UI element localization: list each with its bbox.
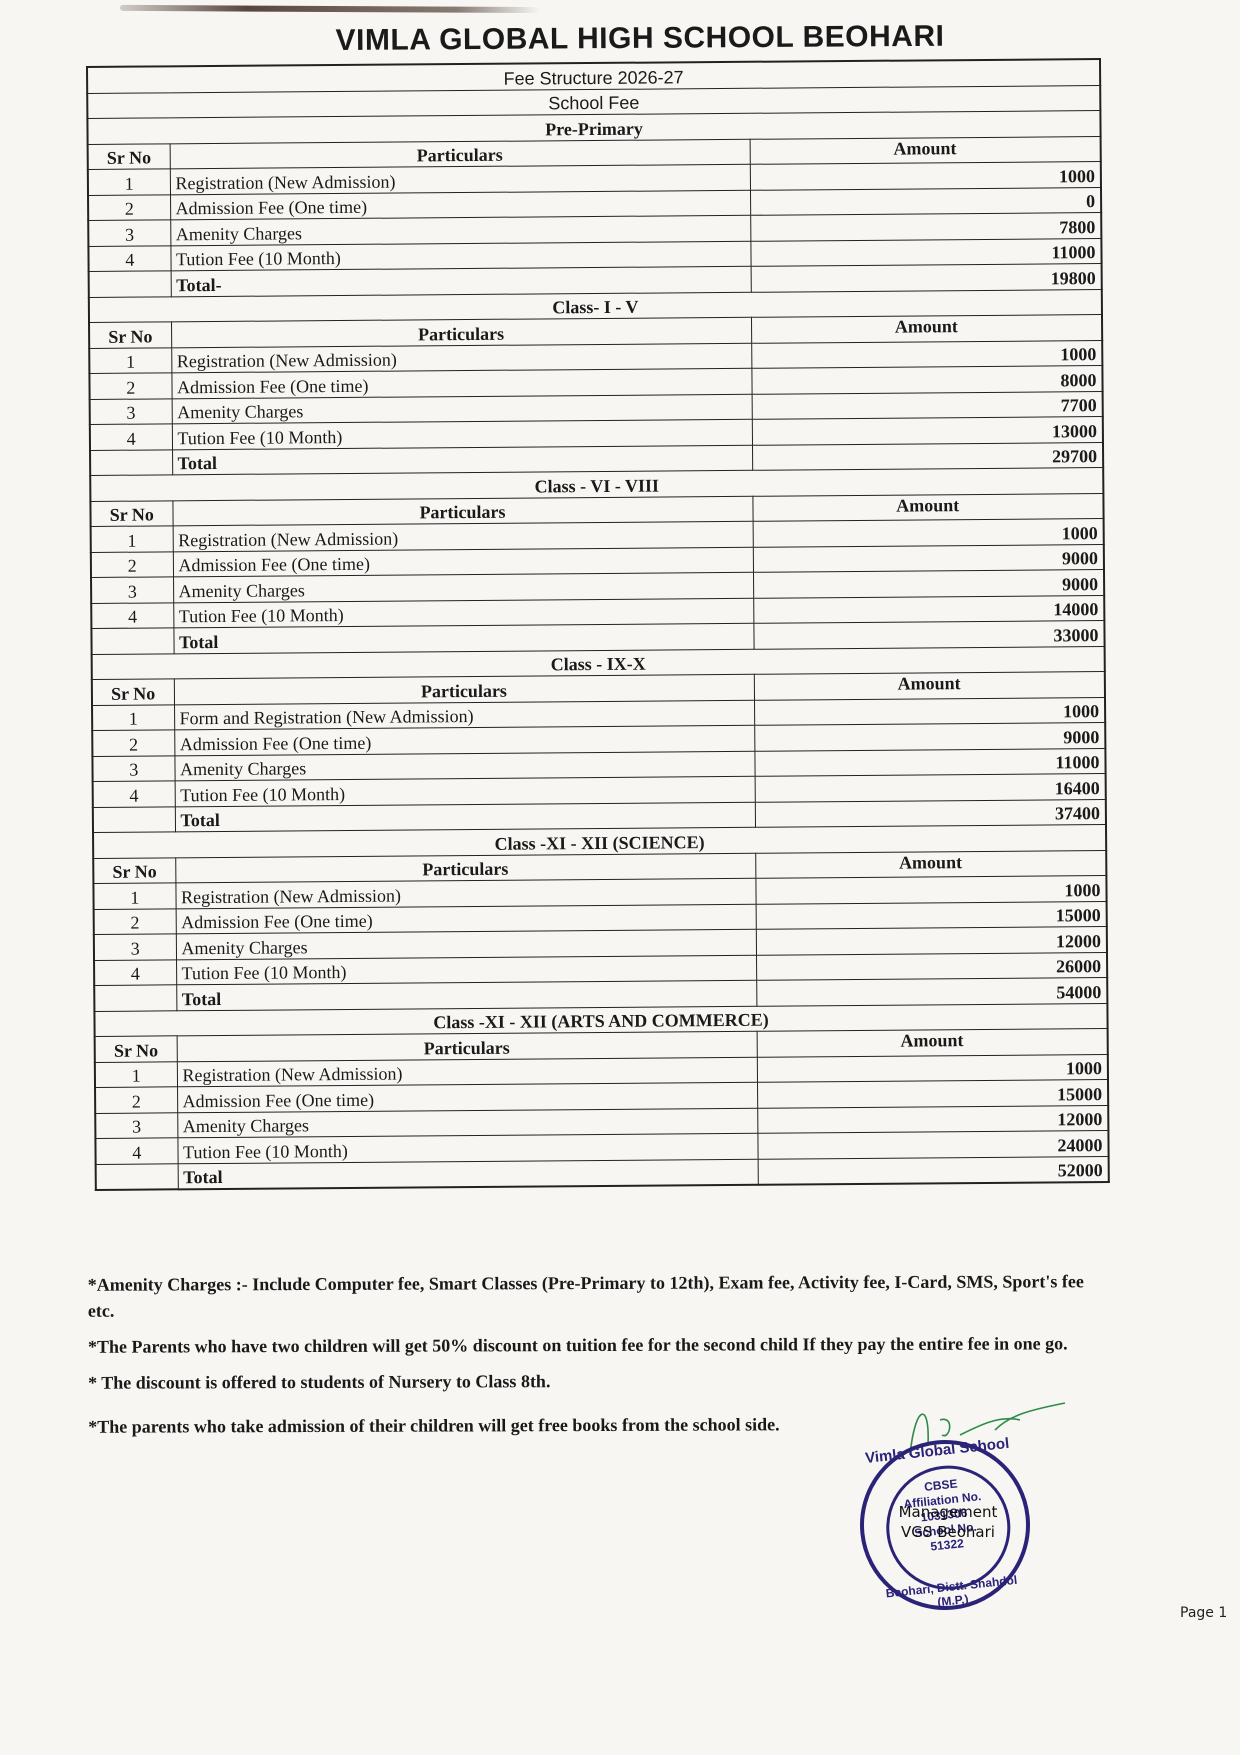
amount-header: Amount [755, 850, 1106, 878]
sr-no-cell: 2 [94, 908, 176, 934]
amount-cell: 9000 [753, 570, 1104, 598]
sr-no-cell: 4 [90, 424, 172, 450]
amount-cell: 1000 [751, 340, 1102, 368]
sr-no-cell: 3 [88, 220, 170, 246]
note-amenity: *Amenity Charges :- Include Computer fee… [88, 1268, 1098, 1324]
sr-no-cell: 4 [88, 245, 170, 271]
amount-cell: 11000 [754, 748, 1105, 776]
amount-cell: 11000 [750, 238, 1101, 266]
amount-cell: 1000 [757, 1054, 1108, 1082]
total-sr-cell [96, 1163, 178, 1190]
amount-cell: 15000 [756, 901, 1107, 929]
page-number: Page 1 [1180, 1605, 1227, 1621]
sr-no-cell: 1 [93, 883, 175, 909]
sr-no-cell: 3 [91, 577, 173, 603]
scan-edge-shadow [120, 5, 540, 13]
amount-cell: 7700 [752, 391, 1103, 419]
total-label: Total [178, 1159, 758, 1190]
total-amount: 52000 [758, 1156, 1109, 1185]
sr-no-cell: 3 [95, 1112, 177, 1138]
sr-no-cell: 1 [91, 526, 173, 552]
sr-no-cell: 2 [88, 194, 170, 220]
total-sr-cell [93, 806, 175, 832]
total-amount: 19800 [751, 264, 1102, 292]
sr-no-header: Sr No [92, 679, 174, 705]
total-sr-cell [90, 449, 172, 475]
sr-no-cell: 1 [88, 169, 170, 195]
school-name-heading: VIMLA GLOBAL HIGH SCHOOL BEOHARI [0, 18, 1240, 61]
total-amount: 54000 [756, 978, 1107, 1006]
amount-cell: 24000 [757, 1131, 1108, 1159]
fee-structure-sheet: Fee Structure 2026-27 School Fee Pre-Pri… [86, 58, 1110, 1191]
total-amount: 29700 [752, 442, 1103, 470]
amount-cell: 0 [750, 187, 1101, 215]
note-sibling-discount: *The Parents who have two children will … [88, 1330, 1098, 1360]
amount-cell: 9000 [753, 544, 1104, 572]
sr-no-cell: 4 [94, 959, 176, 985]
total-amount: 37400 [755, 799, 1106, 827]
management-label: Management VGS Beohari [858, 1502, 1038, 1542]
management-line: Management [858, 1502, 1038, 1522]
amount-cell: 13000 [752, 417, 1103, 445]
fee-table: Fee Structure 2026-27 School Fee Pre-Pri… [86, 58, 1110, 1191]
sr-no-header: Sr No [93, 857, 175, 883]
sr-no-cell: 2 [92, 730, 174, 756]
sr-no-cell: 1 [92, 704, 174, 730]
sr-no-cell: 3 [90, 398, 172, 424]
amount-cell: 26000 [756, 952, 1107, 980]
amount-cell: 7800 [750, 213, 1101, 241]
sr-no-cell: 4 [95, 1138, 177, 1164]
amount-cell: 9000 [754, 723, 1105, 751]
amount-header: Amount [757, 1029, 1108, 1057]
amount-cell: 1000 [755, 876, 1106, 904]
sr-no-cell: 2 [95, 1087, 177, 1113]
total-sr-cell [94, 985, 176, 1011]
amount-cell: 1000 [754, 697, 1105, 725]
sr-no-cell: 3 [92, 755, 174, 781]
amount-cell: 16400 [755, 774, 1106, 802]
amount-cell: 12000 [757, 1105, 1108, 1133]
sr-no-cell: 3 [94, 934, 176, 960]
sr-no-header: Sr No [88, 143, 170, 169]
amount-cell: 8000 [751, 366, 1102, 394]
note-discount-eligibility: * The discount is offered to students of… [88, 1366, 1098, 1396]
amount-cell: 15000 [757, 1080, 1108, 1108]
amount-header: Amount [750, 136, 1101, 164]
management-line: VGS Beohari [858, 1522, 1038, 1542]
sr-no-cell: 4 [91, 602, 173, 628]
sr-no-cell: 1 [95, 1061, 177, 1087]
sr-no-header: Sr No [95, 1036, 177, 1062]
sr-no-cell: 2 [89, 373, 171, 399]
amount-header: Amount [751, 315, 1102, 343]
total-sr-cell [89, 271, 171, 297]
total-amount: 33000 [753, 621, 1104, 649]
sr-no-cell: 2 [91, 551, 173, 577]
amount-header: Amount [754, 672, 1105, 700]
amount-cell: 1000 [753, 519, 1104, 547]
sr-no-header: Sr No [89, 322, 171, 348]
amount-cell: 12000 [756, 927, 1107, 955]
sr-no-cell: 4 [93, 781, 175, 807]
amount-cell: 14000 [753, 595, 1104, 623]
sr-no-cell: 1 [89, 347, 171, 373]
total-sr-cell [91, 628, 173, 654]
sr-no-header: Sr No [90, 500, 172, 526]
amount-header: Amount [752, 493, 1103, 521]
amount-cell: 1000 [750, 162, 1101, 190]
